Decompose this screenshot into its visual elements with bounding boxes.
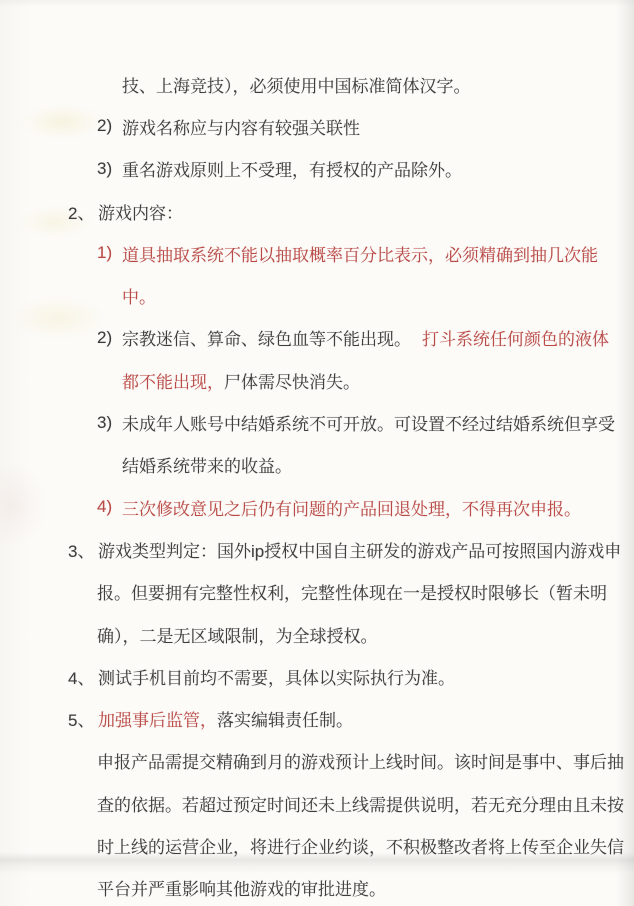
text-segment: 道具抽取系统不能以抽取概率百分比表示，必须精确到抽几次能 [122,246,598,265]
list-item-line: 1)道具抽取系统不能以抽取概率百分比表示，必须精确到抽几次能 [0,232,634,274]
line-text: 结婚系统带来的收益。 [122,452,292,477]
text-segment: 游戏内容： [98,204,183,223]
text-segment: 技、上海竞技），必须使用中国标准简体汉字。 [122,77,471,96]
line-marker: 3) [97,413,122,433]
continuation-line: 申报产品需提交精确到月的游戏预计上线时间。该时间是事中、事后抽 [0,740,634,782]
line-text: 申报产品需提交精确到月的游戏预计上线时间。该时间是事中、事后抽 [97,748,624,773]
line-text: 三次修改意见之后仍有问题的产品回退处理，不得再次申报。 [122,495,581,520]
text-segment: 三次修改意见之后仍有问题的产品回退处理，不得再次申报。 [122,500,581,519]
text-segment: 中。 [122,288,156,307]
line-text: 道具抽取系统不能以抽取概率百分比表示，必须精确到抽几次能 [122,241,598,266]
text-segment: 打斗系统任何颜色的液体 [422,330,609,349]
continuation-line: 确），二是无区域限制，为全球授权。 [0,613,634,655]
line-text: 重名游戏原则上不受理，有授权的产品除外。 [122,156,462,181]
text-segment: 未成年人账号中结婚系统不可开放。可设置不经过结婚系统但享受 [122,415,615,434]
list-item-line: 3)重名游戏原则上不受理，有授权的产品除外。 [0,148,634,190]
continuation-line: 都不能出现，尸体需尽快消失。 [0,359,634,401]
text-segment: 游戏类型判定：国外ip授权中国自主研发的游戏产品可按照国内游戏申 [98,542,621,561]
line-text: 未成年人账号中结婚系统不可开放。可设置不经过结婚系统但享受 [122,410,615,435]
section-line: 2、游戏内容： [0,190,634,232]
line-marker: 4、 [68,664,98,689]
continuation-line: 报。但要拥有完整性权利，完整性体现在一是授权时限够长（暂未明 [0,571,634,613]
continuation-line: 查的依据。若超过预定时间还未上线需提供说明，若无充分理由且未按 [0,782,634,824]
continuation-line: 结婚系统带来的收益。 [0,444,634,486]
line-text: 时上线的运营企业，将进行企业约谈，不积极整改者将上传至企业失信 [97,833,624,858]
continuation-line: 平台并严重影响其他游戏的审批进度。 [0,867,634,906]
text-segment: 游戏名称应与内容有较强关联性 [122,119,360,138]
text-segment: 平台并严重影响其他游戏的审批进度。 [97,880,386,899]
line-marker: 2) [97,116,122,136]
text-segment: 落实编辑责任制。 [217,711,353,730]
line-text: 平台并严重影响其他游戏的审批进度。 [97,875,386,900]
list-item-line: 3)未成年人账号中结婚系统不可开放。可设置不经过结婚系统但享受 [0,401,634,443]
text-segment: 加强事后监管， [98,711,217,730]
continuation-line: 技、上海竞技），必须使用中国标准简体汉字。 [0,63,634,105]
line-marker: 3、 [68,537,98,562]
line-text: 宗教迷信、算命、绿色血等不能出现。打斗系统任何颜色的液体 [122,325,609,350]
line-marker: 3) [97,159,122,179]
text-segment: 都不能出现， [122,373,224,392]
line-text: 查的依据。若超过预定时间还未上线需提供说明，若无充分理由且未按 [97,791,624,816]
list-item-line: 2)游戏名称应与内容有较强关联性 [0,105,634,147]
line-marker: 4) [97,497,122,517]
line-text: 游戏名称应与内容有较强关联性 [122,114,360,139]
list-item-line: 2)宗教迷信、算命、绿色血等不能出现。打斗系统任何颜色的液体 [0,317,634,359]
document-page: 技、上海竞技），必须使用中国标准简体汉字。2)游戏名称应与内容有较强关联性3)重… [0,0,634,906]
continuation-line: 中。 [0,274,634,316]
text-segment: 报。但要拥有完整性权利，完整性体现在一是授权时限够长（暂未明 [97,584,607,603]
line-text: 测试手机目前均不需要，具体以实际执行为准。 [98,664,455,689]
line-marker: 5、 [68,706,98,731]
text-segment: 重名游戏原则上不受理，有授权的产品除外。 [122,161,462,180]
line-text: 加强事后监管，落实编辑责任制。 [98,706,353,731]
line-text: 报。但要拥有完整性权利，完整性体现在一是授权时限够长（暂未明 [97,579,607,604]
document-text-block: 技、上海竞技），必须使用中国标准简体汉字。2)游戏名称应与内容有较强关联性3)重… [0,0,634,906]
line-text: 游戏内容： [98,199,183,224]
section-line: 3、游戏类型判定：国外ip授权中国自主研发的游戏产品可按照国内游戏申 [0,528,634,570]
line-text: 中。 [122,283,156,308]
text-segment: 时上线的运营企业，将进行企业约谈，不积极整改者将上传至企业失信 [97,838,624,857]
line-marker: 2、 [68,199,98,224]
text-segment: 尸体需尽快消失。 [224,373,360,392]
line-text: 技、上海竞技），必须使用中国标准简体汉字。 [122,72,471,97]
section-line: 4、测试手机目前均不需要，具体以实际执行为准。 [0,655,634,697]
section-line: 5、加强事后监管，落实编辑责任制。 [0,697,634,739]
text-segment: 确），二是无区域限制，为全球授权。 [97,627,378,646]
text-segment: 宗教迷信、算命、绿色血等不能出现。 [122,330,411,349]
line-marker: 2) [97,328,122,348]
continuation-line: 时上线的运营企业，将进行企业约谈，不积极整改者将上传至企业失信 [0,824,634,866]
line-text: 都不能出现，尸体需尽快消失。 [122,368,360,393]
line-marker: 1) [97,243,122,263]
line-text: 游戏类型判定：国外ip授权中国自主研发的游戏产品可按照国内游戏申 [98,537,621,562]
text-segment: 查的依据。若超过预定时间还未上线需提供说明，若无充分理由且未按 [97,796,624,815]
line-text: 确），二是无区域限制，为全球授权。 [97,622,378,647]
text-segment: 结婚系统带来的收益。 [122,457,292,476]
text-segment: 申报产品需提交精确到月的游戏预计上线时间。该时间是事中、事后抽 [97,753,624,772]
text-segment: 测试手机目前均不需要，具体以实际执行为准。 [98,669,455,688]
list-item-line: 4)三次修改意见之后仍有问题的产品回退处理，不得再次申报。 [0,486,634,528]
